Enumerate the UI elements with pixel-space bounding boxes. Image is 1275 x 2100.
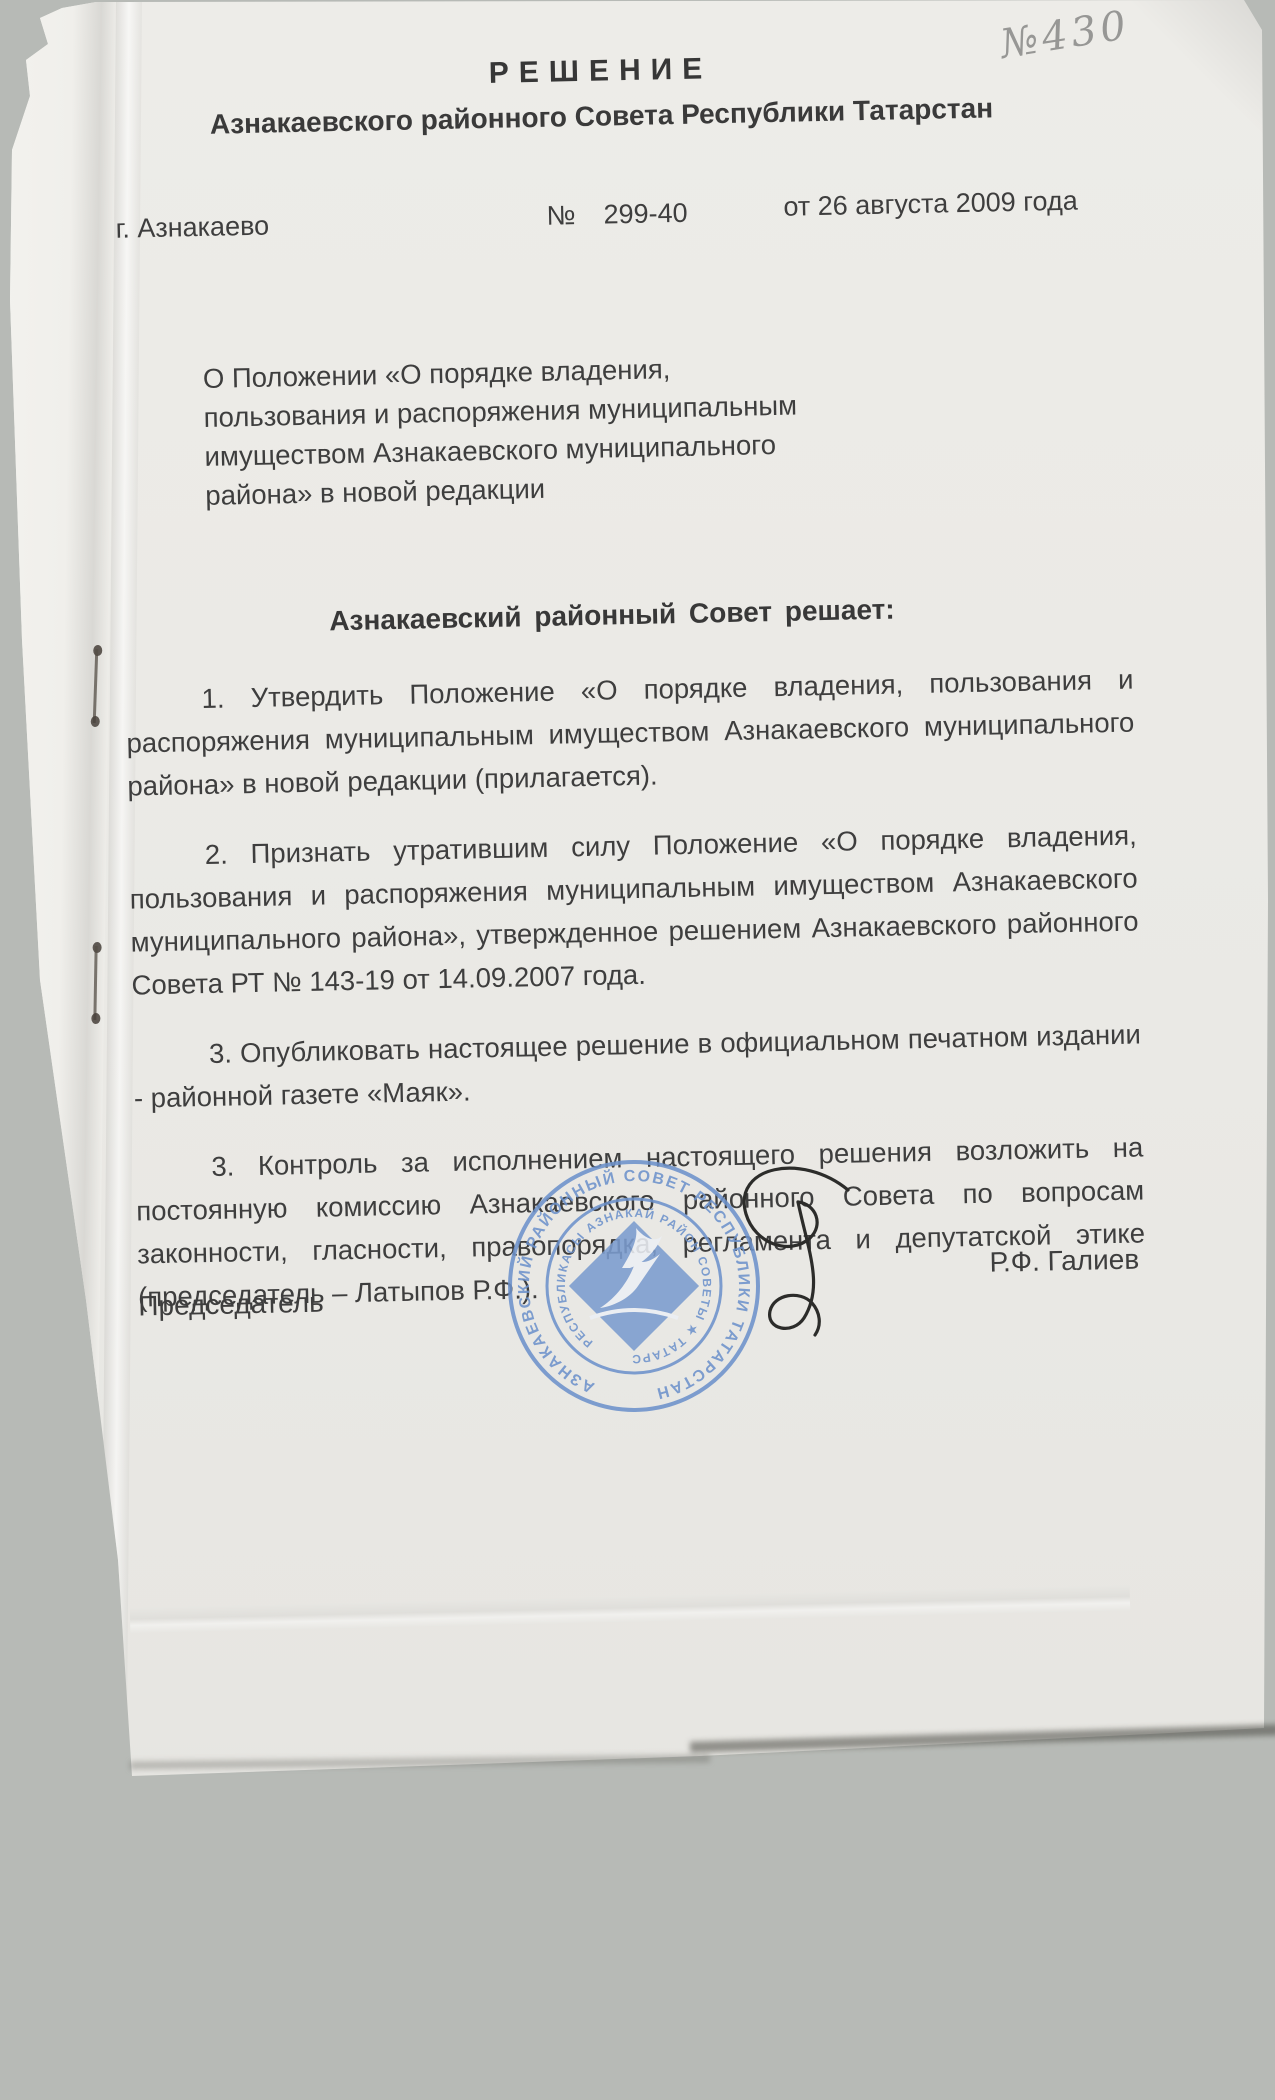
document-header: РЕШЕНИЕ Азнакаевского районного Совета Р…: [50, 43, 1151, 144]
document-number: №299-40: [546, 198, 688, 232]
resolution-item: 2. Признать утратившим силу Положение «О…: [128, 814, 1139, 1007]
scan-background: { "doc": { "handwritten_note": "№430", "…: [0, 0, 1275, 2100]
resolve-heading: Азнакаевский районный Совет решает:: [62, 588, 1162, 643]
signature-name: Р.Ф. Галиев: [989, 1244, 1139, 1279]
document-subject: О Положении «О порядке владения, пользов…: [202, 346, 805, 515]
ink-signature: [652, 1160, 882, 1370]
signature-role: Председатель: [138, 1287, 324, 1323]
issuing-organization: Азнакаевского районного Совета Республик…: [51, 89, 1151, 144]
number-sign: №: [546, 200, 576, 231]
resolution-item: 1. Утвердить Положение «О порядке владен…: [125, 658, 1135, 808]
document-date: от 26 августа 2009 года: [783, 186, 1078, 223]
document-city: г. Азнакаево: [115, 211, 269, 245]
number-value: 299-40: [603, 198, 688, 230]
resolution-item: 3. Опубликовать настоящее решение в офиц…: [133, 1012, 1143, 1119]
document-sheet: №430 РЕШЕНИЕ Азнакаевского районного Сов…: [0, 0, 1275, 2100]
printed-content: РЕШЕНИЕ Азнакаевского районного Совета Р…: [0, 0, 1275, 1813]
